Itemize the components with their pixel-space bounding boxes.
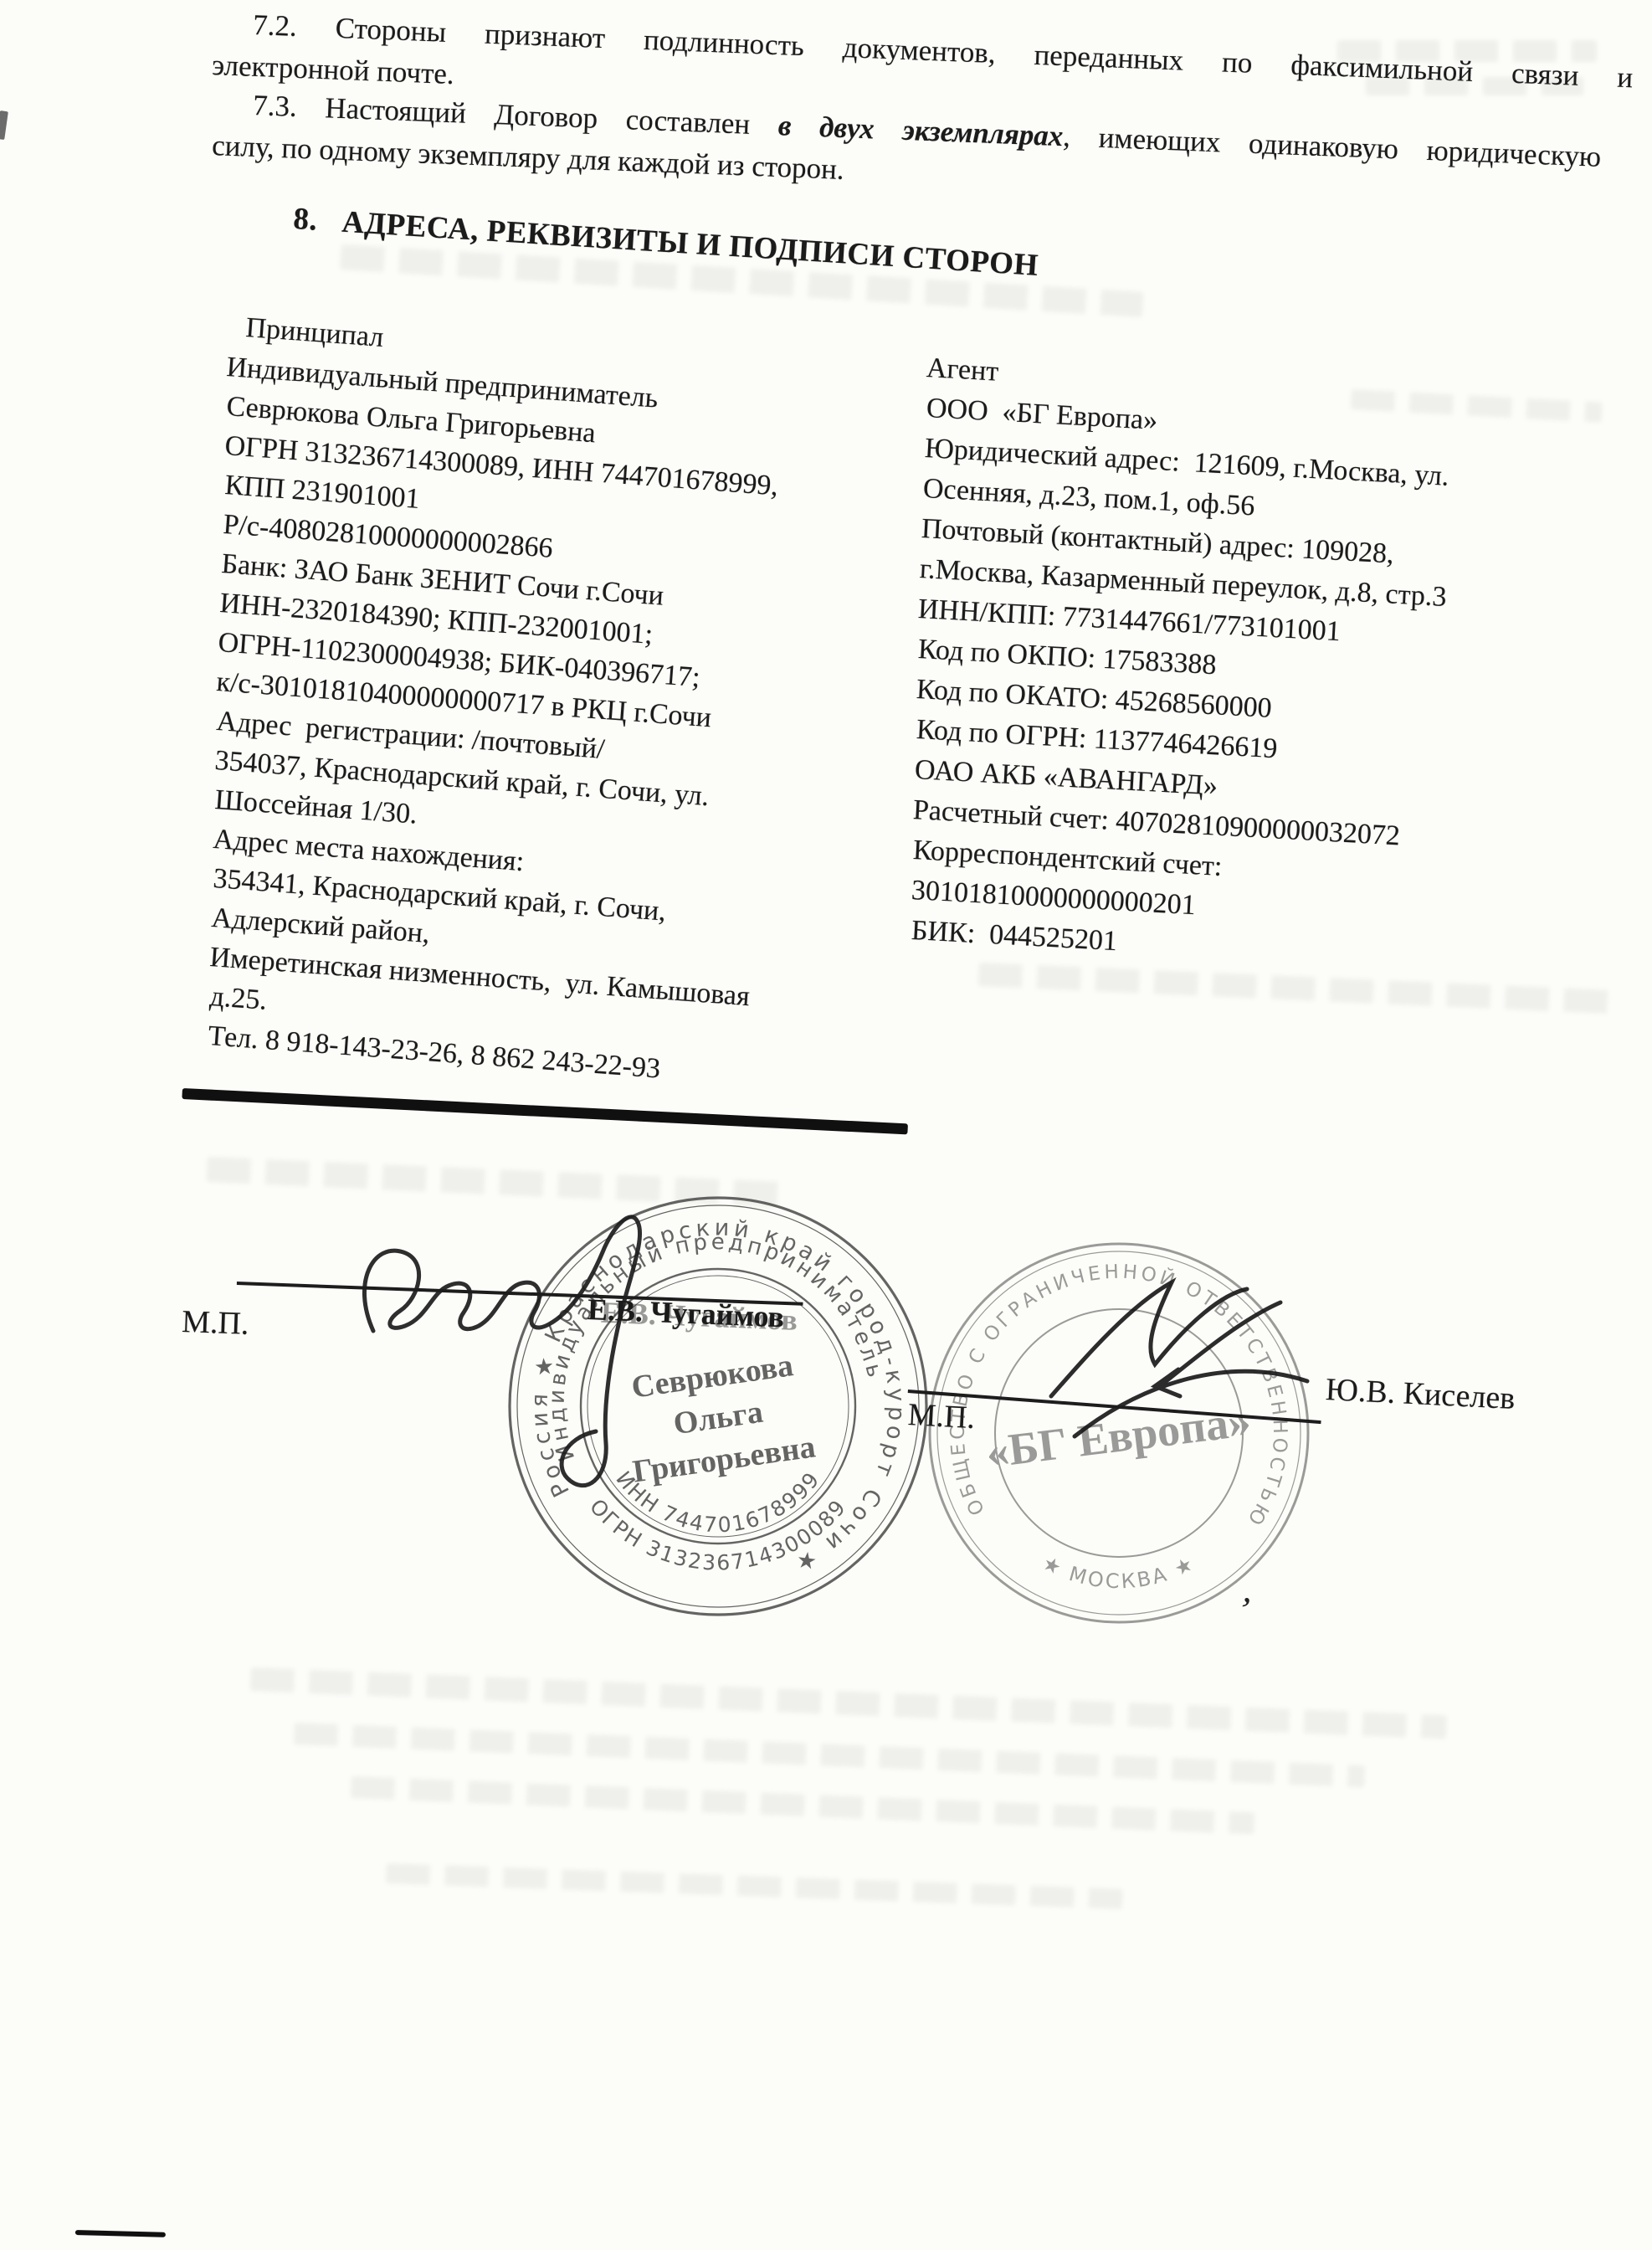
thick-divider-rule (182, 1088, 908, 1134)
principal-title: Принципал (245, 314, 385, 352)
requisites-line: Адлерский район, (211, 904, 431, 948)
bottom-left-rule-fragment (75, 2230, 166, 2237)
clause-7-2-line2: электронной почте. (212, 50, 455, 89)
signature-stroke (364, 1217, 639, 1486)
mp-seal-label-left: М.П. (181, 1303, 249, 1343)
clause-emphasis: в двух экземплярах (777, 109, 1064, 152)
requisites-line: Шоссейная 1/30. (214, 786, 418, 830)
bleed-through-smudge (978, 963, 1614, 1014)
requisites-line: д.25. (209, 983, 269, 1015)
requisites-line: КПП 231901001 (224, 471, 421, 514)
clause-text: , имеющих одинаковую юридическую (1063, 120, 1602, 173)
bleed-through-smudge (1351, 389, 1603, 423)
requisites-line: БИК: 044525201 (911, 917, 1118, 956)
handwritten-signature-principal (333, 1182, 735, 1508)
clause-text: электронной почте. (212, 49, 455, 90)
bleed-through-smudge (351, 1776, 1254, 1834)
requisites-line: ООО «БГ Европа» (926, 394, 1158, 435)
requisites-line: ОАО АКБ «АВАНГАРД» (914, 756, 1218, 801)
typed-name-agent: Ю.В. Киселев (1325, 1371, 1516, 1417)
clause-number: 7.2. (253, 8, 298, 43)
scan-edge-speck (0, 110, 8, 140)
mp-seal-label-right: М.П. (907, 1396, 976, 1436)
scanned-contract-page: 7.2. Стороны признают подлинность докуме… (0, 0, 1652, 2250)
agent-title: Агент (926, 354, 999, 387)
clause-number: 7.3. (253, 89, 298, 123)
requisites-line: Код по ОКПО: 17583388 (917, 635, 1217, 680)
requisites-line: Тел. 8 918-143-23-26, 8 862 243-22-93 (208, 1022, 662, 1084)
requisites-line: 30101810000000000201 (911, 876, 1196, 920)
requisites-line: Корреспондентский счет: (912, 836, 1223, 881)
requisites-line: Осенняя, д.23, пом.1, оф.56 (922, 475, 1255, 521)
requisites-line: Имеретинская низменность, ул. Камышовая (209, 943, 751, 1011)
bleed-through-smudge (294, 1723, 1365, 1787)
bleed-through-smudge (386, 1863, 1122, 1909)
clause-text: Настоящий Договор составлен (325, 91, 779, 141)
handwritten-signature-agent (1028, 1254, 1337, 1505)
